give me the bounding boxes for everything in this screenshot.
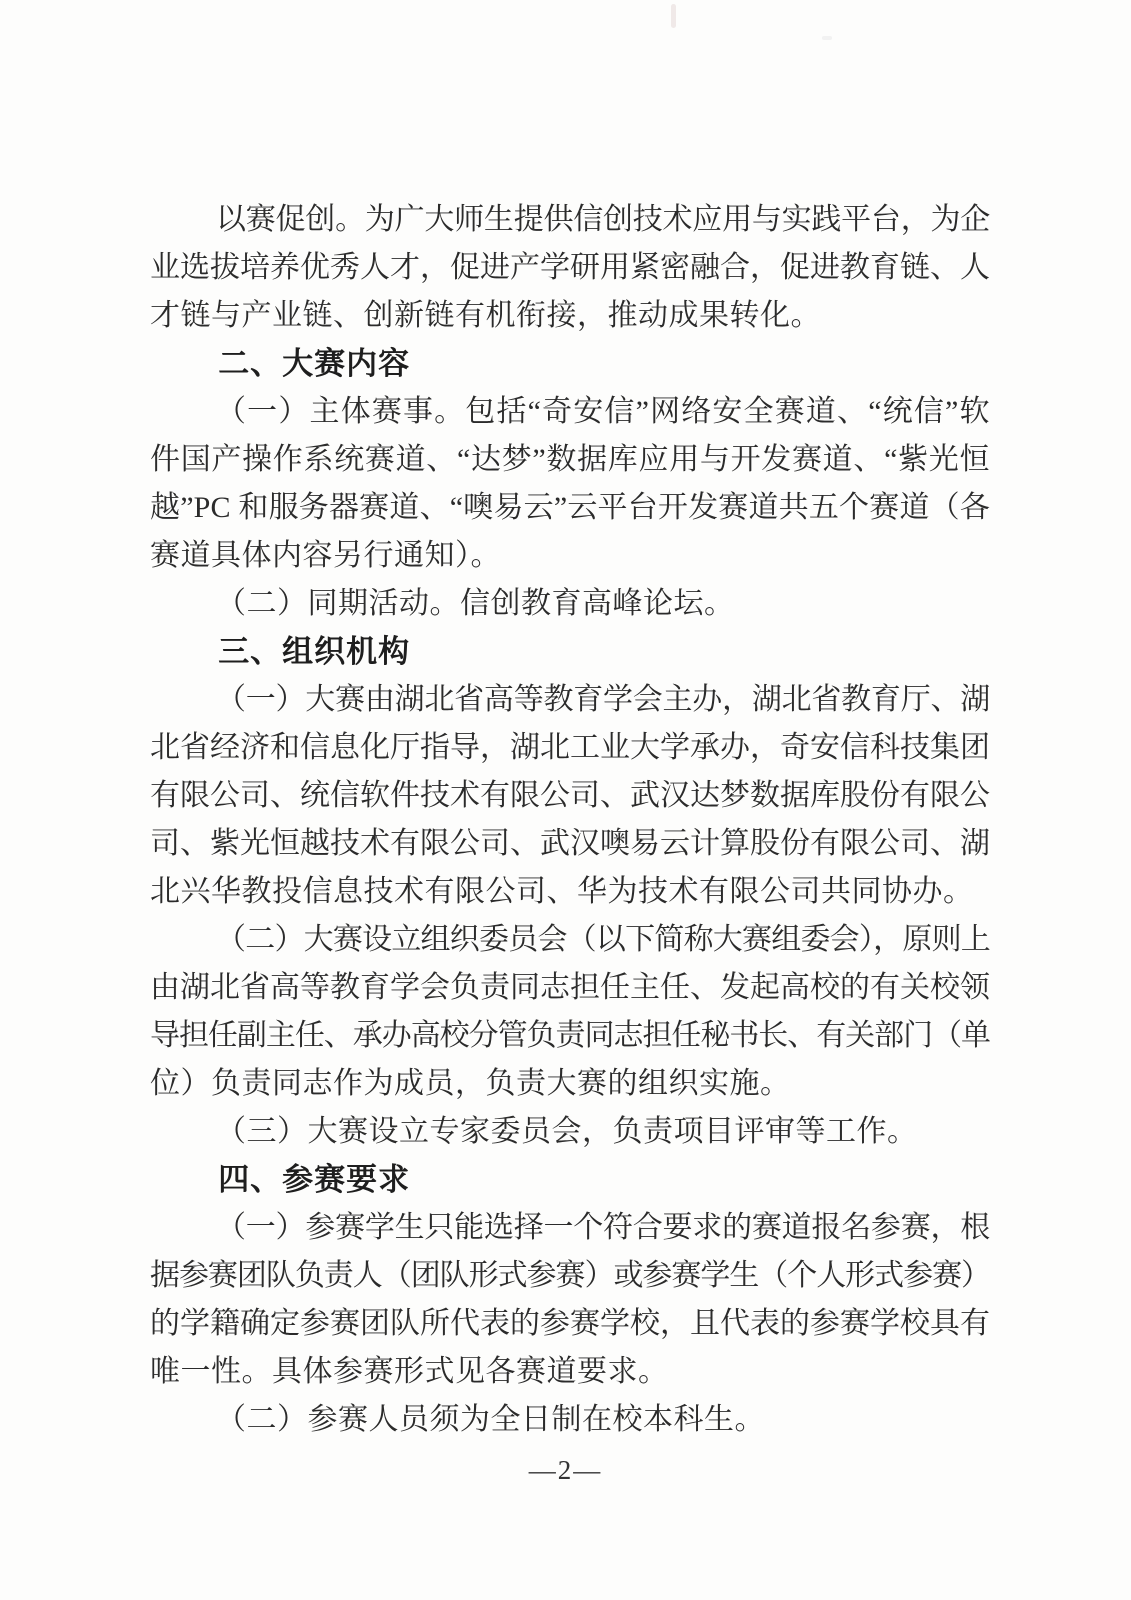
- scan-smudge-artifact: [671, 4, 676, 28]
- text-line: 才链与产业链、创新链有机衔接，推动成果转化。: [150, 292, 990, 340]
- text-line: （二）大赛设立组织委员会（以下简称大赛组委会），原则上: [150, 916, 990, 964]
- page-number-label: —2—: [529, 1455, 603, 1485]
- text-line: 有限公司、统信软件技术有限公司、武汉达梦数据库股份有限公: [150, 772, 990, 820]
- text-line: 司、紫光恒越技术有限公司、武汉噢易云计算股份有限公司、湖: [150, 820, 990, 868]
- text-line: 唯一性。具体参赛形式见各赛道要求。: [150, 1348, 990, 1396]
- text-line: 北省经济和信息化厅指导，湖北工业大学承办，奇安信科技集团: [150, 724, 990, 772]
- document-body: 以赛促创。为广大师生提供信创技术应用与实践平台，为企业选拔培养优秀人才，促进产学…: [150, 196, 990, 1444]
- text-line: （一）主体赛事。包括“奇安信”网络安全赛道、“统信”软: [150, 388, 990, 436]
- text-line: （一）参赛学生只能选择一个符合要求的赛道报名参赛，根: [150, 1204, 990, 1252]
- text-line: （一）大赛由湖北省高等教育学会主办，湖北省教育厅、湖: [150, 676, 990, 724]
- section-heading: 三、组织机构: [150, 628, 990, 676]
- text-line: 越”PC 和服务器赛道、“噢易云”云平台开发赛道共五个赛道（各: [150, 484, 990, 532]
- text-line: 由湖北省高等教育学会负责同志担任主任、发起高校的有关校领: [150, 964, 990, 1012]
- text-line: （二）参赛人员须为全日制在校本科生。: [150, 1396, 990, 1444]
- text-line: 北兴华教投信息技术有限公司、华为技术有限公司共同协办。: [150, 868, 990, 916]
- page-number: —2—: [0, 1455, 1131, 1486]
- scan-speck-artifact: [822, 36, 832, 40]
- text-line: 的学籍确定参赛团队所代表的参赛学校，且代表的参赛学校具有: [150, 1300, 990, 1348]
- text-line: 赛道具体内容另行通知）。: [150, 532, 990, 580]
- text-line: （三）大赛设立专家委员会，负责项目评审等工作。: [150, 1108, 990, 1156]
- text-line: （二）同期活动。信创教育高峰论坛。: [150, 580, 990, 628]
- text-line: 据参赛团队负责人（团队形式参赛）或参赛学生（个人形式参赛）: [150, 1252, 990, 1300]
- text-line: 导担任副主任、承办高校分管负责同志担任秘书长、有关部门（单: [150, 1012, 990, 1060]
- text-line: 以赛促创。为广大师生提供信创技术应用与实践平台，为企: [150, 196, 990, 244]
- section-heading: 四、参赛要求: [150, 1156, 990, 1204]
- section-heading: 二、大赛内容: [150, 340, 990, 388]
- scanned-document-page: 以赛促创。为广大师生提供信创技术应用与实践平台，为企业选拔培养优秀人才，促进产学…: [0, 0, 1131, 1600]
- text-line: 件国产操作系统赛道、“达梦”数据库应用与开发赛道、“紫光恒: [150, 436, 990, 484]
- text-line: 位）负责同志作为成员，负责大赛的组织实施。: [150, 1060, 990, 1108]
- text-line: 业选拔培养优秀人才，促进产学研用紧密融合，促进教育链、人: [150, 244, 990, 292]
